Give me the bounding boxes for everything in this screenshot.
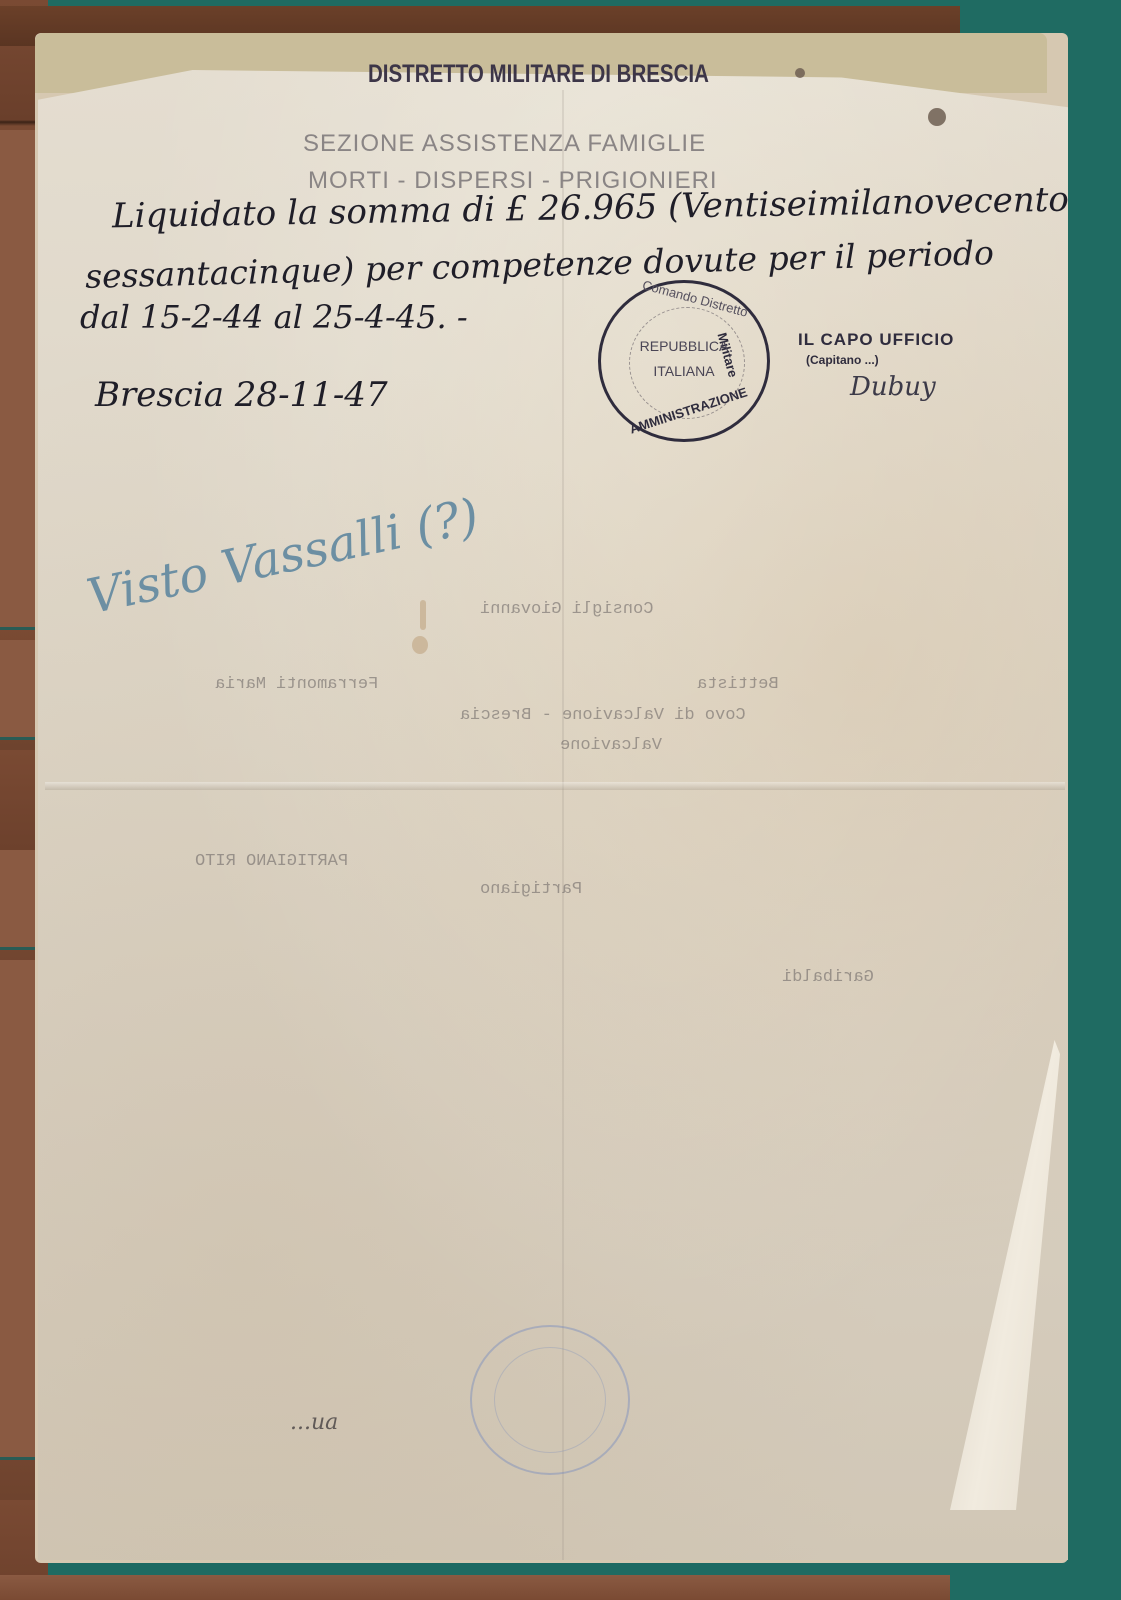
bleed-text: Partigiano — [480, 880, 582, 899]
bleed-text: PARTIGIANO RITO — [195, 852, 348, 871]
bleed-text: Bettista — [697, 675, 779, 694]
bleed-text: Garibaldi — [782, 968, 874, 987]
issuer-stamp: DISTRETTO MILITARE DI BRESCIA — [368, 60, 709, 89]
wood-block — [0, 640, 40, 740]
stain-spot — [412, 636, 428, 654]
bleed-text: Valcavione — [560, 736, 662, 755]
wooden-frame-bottom — [0, 1575, 950, 1600]
handwritten-signature: Dubuy — [850, 372, 936, 402]
section-line-1: SEZIONE ASSISTENZA FAMIGLIE — [303, 130, 706, 158]
signature-title: IL CAPO UFFICIO — [798, 330, 954, 350]
punch-hole — [928, 108, 946, 126]
punch-hole-small — [795, 68, 805, 78]
stain-spot — [420, 600, 426, 630]
bleed-text: Ferramonti Maria — [215, 675, 378, 694]
signature-subtitle: (Capitano ...) — [806, 353, 879, 367]
faint-blue-stamp-ring — [494, 1347, 606, 1453]
wood-block — [0, 850, 40, 950]
stamp-center-line-2: ITALIANA — [601, 363, 767, 379]
wood-block — [0, 960, 40, 1460]
place-date: Brescia 28-11-47 — [95, 375, 388, 415]
faint-blue-stamp — [470, 1325, 630, 1475]
bleed-text: Covo di Valcavione - Brescia — [460, 706, 746, 725]
faint-lower-signature: ...ua — [290, 1410, 338, 1435]
wood-block — [0, 130, 40, 630]
stamp-center-line-1: REPUBBLICA — [601, 338, 767, 354]
handwritten-line-3: dal 15-2-44 al 25-4-45. - — [80, 298, 468, 336]
horizontal-fold-crease — [45, 782, 1065, 790]
bleed-text: Consigli Giovanni — [480, 600, 653, 619]
official-round-stamp: Comando Distretto Militare REPUBBLICA IT… — [598, 280, 770, 442]
